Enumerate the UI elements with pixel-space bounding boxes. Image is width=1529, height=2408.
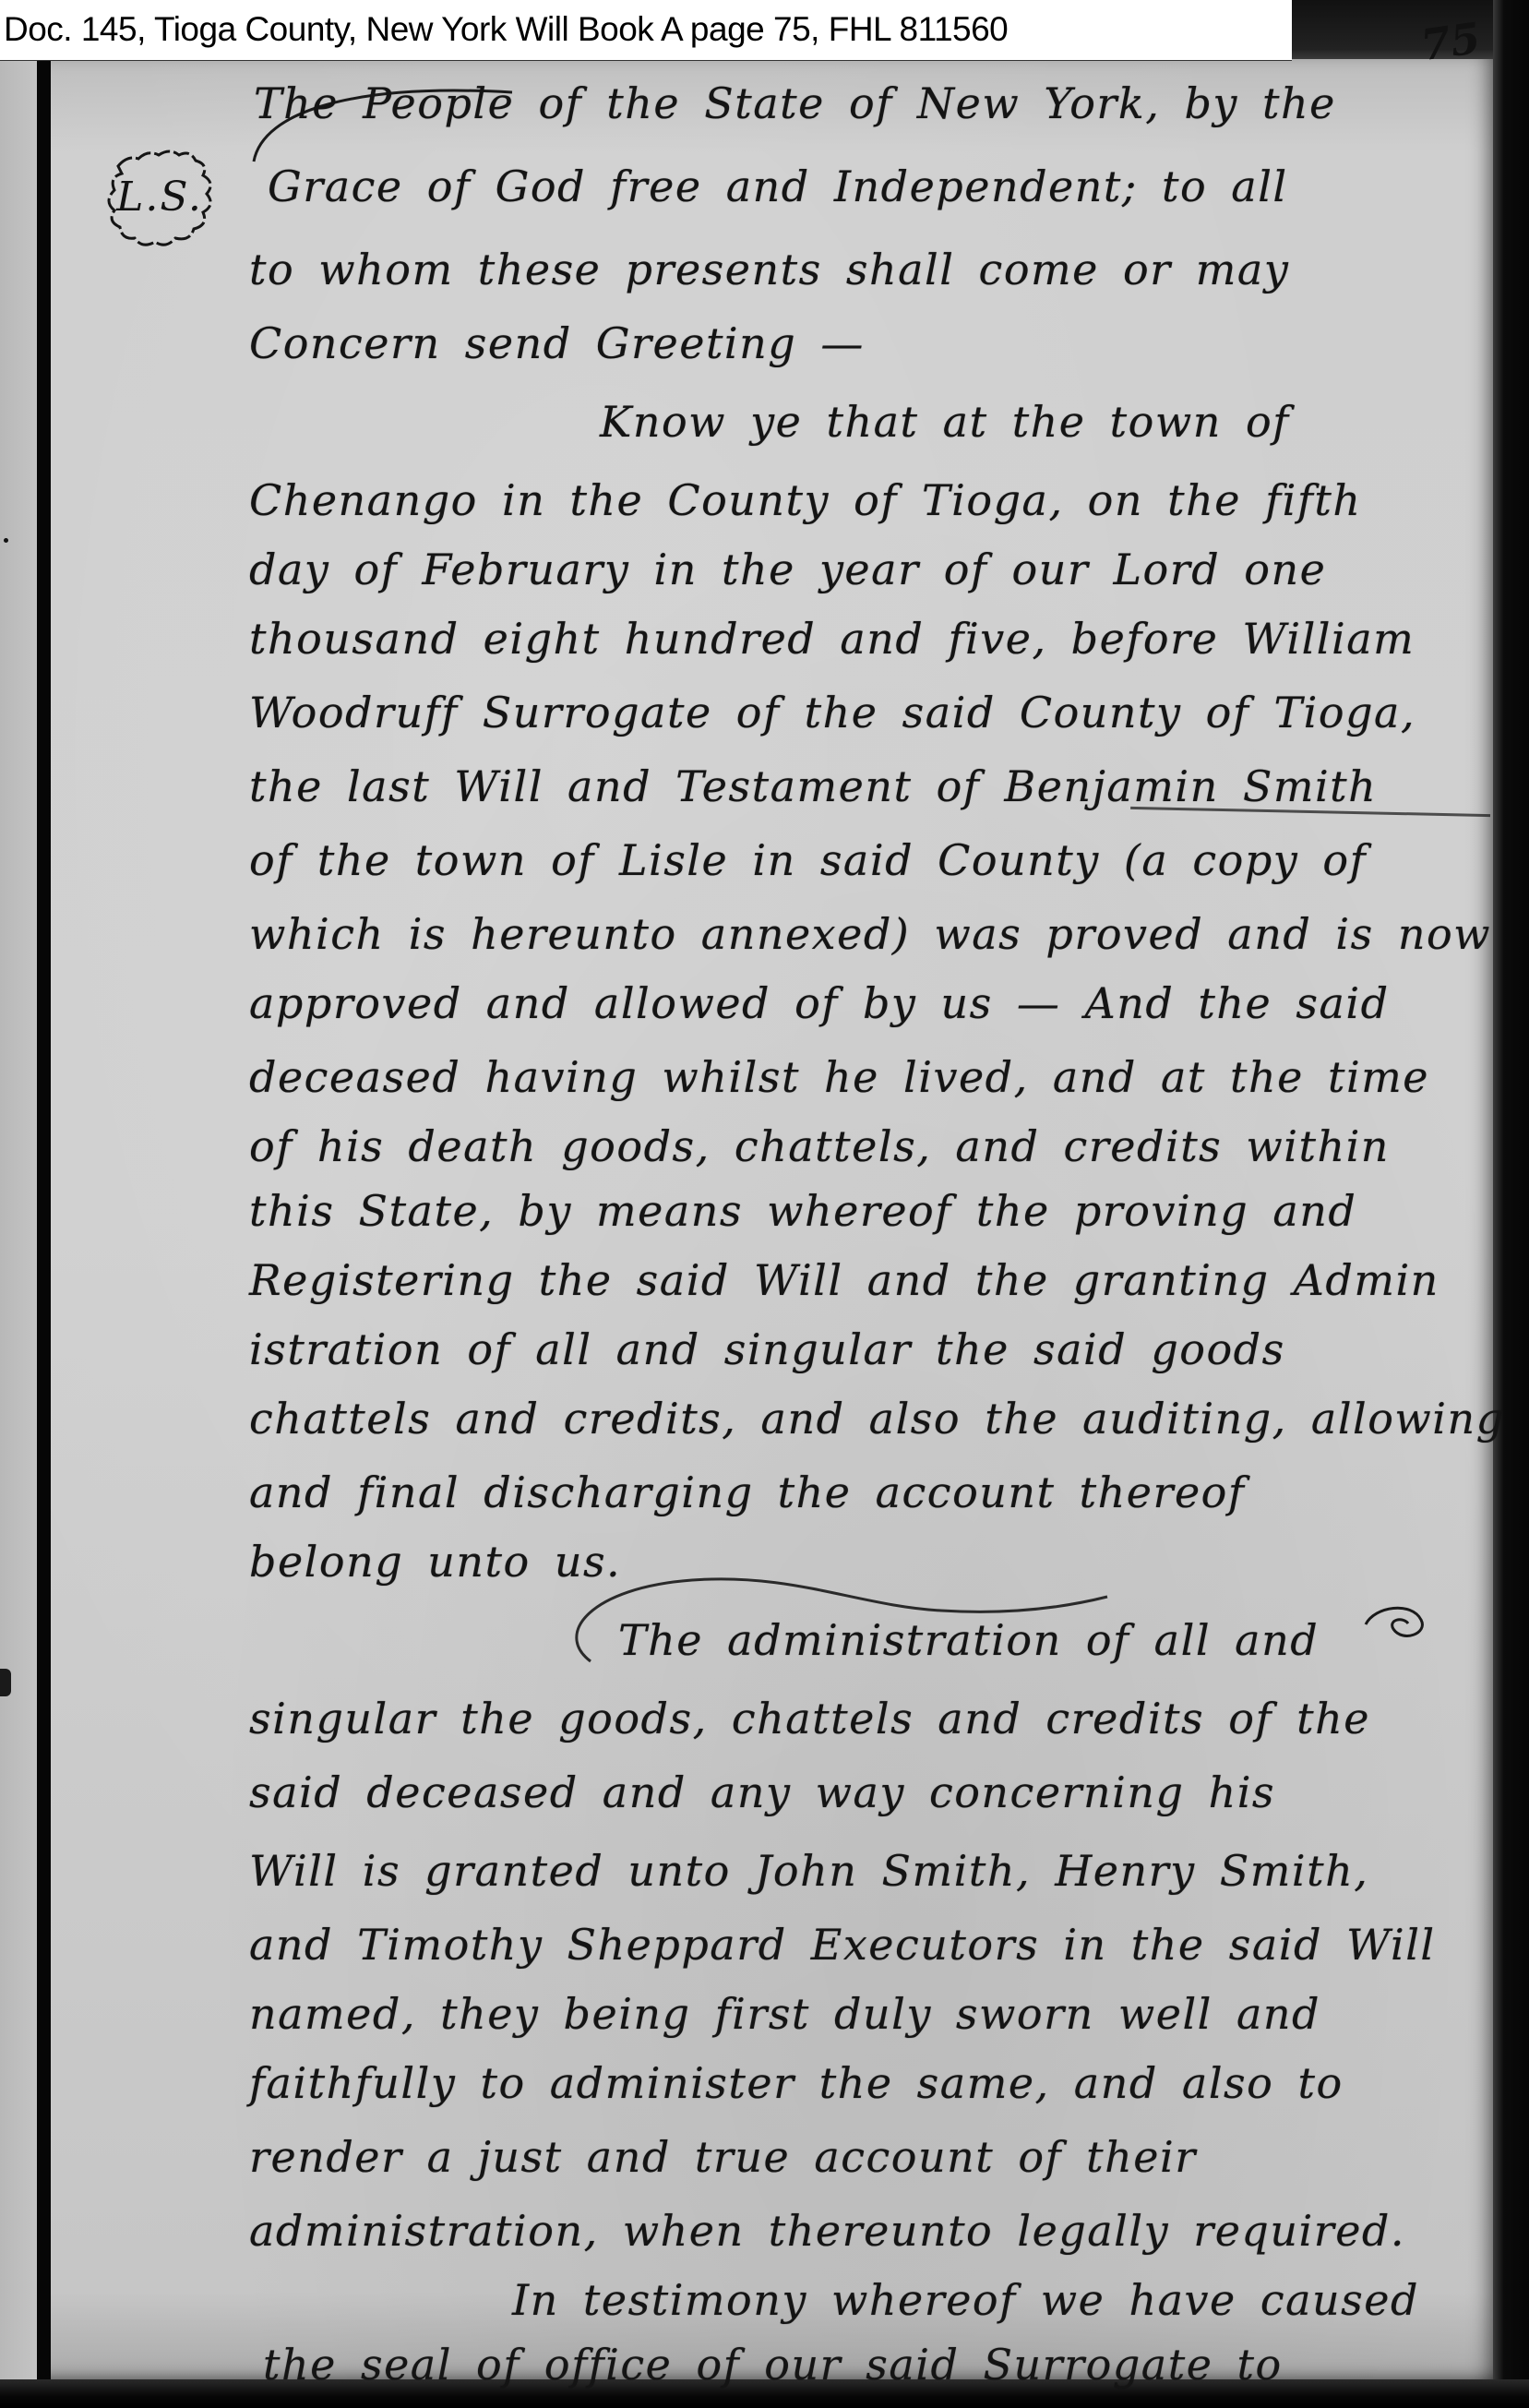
text-line: singular the goods, chattels and credits… xyxy=(249,1694,1486,1743)
text-line: which is hereunto annexed) was proved an… xyxy=(249,909,1486,959)
text-line: Grace of God free and Independent; to al… xyxy=(268,162,1504,211)
text-line: Woodruff Surrogate of the said County of… xyxy=(249,688,1486,737)
text-line: administration, when thereunto legally r… xyxy=(249,2206,1486,2256)
binding-margin-rule xyxy=(37,59,51,2385)
text-line: thousand eight hundred and five, before … xyxy=(249,614,1486,664)
text-line: this State, by means whereof the proving… xyxy=(249,1186,1486,1236)
text-line: and final discharging the account thereo… xyxy=(249,1468,1486,1517)
text-line: faithfully to administer the same, and a… xyxy=(249,2058,1486,2108)
text-line: said deceased and any way concerning his xyxy=(249,1767,1486,1817)
text-line: the seal of office of our said Surrogate… xyxy=(263,2340,1499,2390)
text-line: named, they being first duly sworn well … xyxy=(249,1989,1486,2039)
text-line: and Timothy Sheppard Executors in the sa… xyxy=(249,1920,1486,1970)
page-right-edge-shadow xyxy=(1493,0,1529,2408)
text-line: chattels and credits, and also the audit… xyxy=(249,1394,1486,1444)
seal-text: L.S. xyxy=(109,174,210,221)
margin-ink-dot xyxy=(4,538,8,543)
text-line: Know ye that at the town of xyxy=(600,397,1529,447)
page-number: 75 xyxy=(1418,13,1484,70)
text-line: The People of the State of New York, by … xyxy=(254,78,1490,128)
left-margin-strip xyxy=(0,59,37,2385)
text-line: The administration of all and xyxy=(618,1615,1529,1665)
text-line: of his death goods, chattels, and credit… xyxy=(249,1121,1486,1171)
text-line: Registering the said Will and the granti… xyxy=(249,1255,1486,1305)
text-line: approved and allowed of by us — And the … xyxy=(249,978,1486,1028)
text-line: deceased having whilst he lived, and at … xyxy=(249,1052,1486,1102)
text-line: Will is granted unto John Smith, Henry S… xyxy=(249,1846,1486,1896)
text-line: to whom these presents shall come or may xyxy=(249,245,1486,294)
text-line: istration of all and singular the said g… xyxy=(249,1324,1486,1374)
text-line: In testimony whereof we have caused xyxy=(512,2275,1529,2325)
seal-locus-sigilli: L.S. xyxy=(90,138,229,268)
document-caption: Doc. 145, Tioga County, New York Will Bo… xyxy=(0,0,1292,61)
text-line: Chenango in the County of Tioga, on the … xyxy=(249,475,1486,525)
text-line: render a just and true account of their xyxy=(249,2132,1486,2182)
text-line: Concern send Greeting — xyxy=(249,318,1486,368)
text-line: of the town of Lisle in said County (a c… xyxy=(249,835,1486,885)
binding-mark xyxy=(0,1669,11,1696)
text-line: day of February in the year of our Lord … xyxy=(249,545,1486,594)
text-line: the last Will and Testament of Benjamin … xyxy=(249,761,1486,811)
